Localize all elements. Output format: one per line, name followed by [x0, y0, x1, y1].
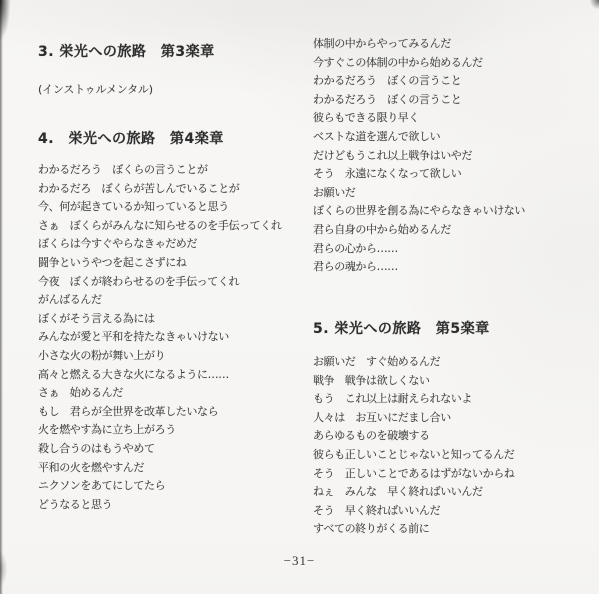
lyric-line: 火を燃やす為に立ち上がろう: [38, 421, 313, 440]
lyric-line: 彼らもできる限り早く: [313, 109, 588, 128]
lyric-line: 戦争 戦争は欲しくない: [313, 372, 588, 391]
lyric-line: 今夜 ぼくが終わらせるのを手伝ってくれ: [38, 273, 313, 292]
lyric-line: さぁ 始めるんだ: [38, 384, 313, 403]
lyric-line: 君らの魂から……: [313, 258, 588, 277]
lyric-line: だけどもうこれ以上戦争はいやだ: [313, 147, 588, 166]
lyric-line: 殺し合うのはもうやめて: [38, 440, 313, 459]
lyric-line: 人々は お互いにだまし合い: [313, 409, 588, 428]
lyric-line: もし 君らが全世界を改革したいなら: [38, 403, 313, 422]
lyric-line: 体制の中からやってみるんだ: [313, 35, 588, 54]
lyric-line: ぼくらは今すぐやらなきゃだめだ: [38, 235, 313, 254]
lyric-line: ベストな道を選んで欲しい: [313, 128, 588, 147]
lyric-line: わかるだろう ぼくの言うこと: [313, 72, 588, 91]
track-5-heading: 5. 栄光への旅路 第5楽章: [313, 318, 490, 338]
track-3-instrumental-note: (インストゥルメンタル): [38, 81, 153, 97]
lyric-line: 小さな火の粉が舞い上がり: [38, 347, 313, 366]
track-3-heading: 3. 栄光への旅路 第3楽章: [38, 41, 215, 61]
lyric-line: ぼくらの世界を創る為にやらなきゃいけない: [313, 202, 588, 221]
lyric-line: がんばるんだ: [38, 291, 313, 310]
booklet-page: 3. 栄光への旅路 第3楽章 (インストゥルメンタル) 4. 栄光への旅路 第4…: [0, 0, 599, 594]
scan-edge-left: [0, 0, 3, 594]
lyric-line: 君ら自身の中から始めるんだ: [313, 221, 588, 240]
track-5-lyrics: お願いだ すぐ始めるんだ戦争 戦争は欲しくないもう これ以上は耐えられないよ人々…: [313, 353, 588, 539]
lyric-line: ぼくがそう言える為には: [38, 310, 313, 329]
track-4-lyrics-right-column: 体制の中からやってみるんだ今すぐこの体制の中から始めるんだわかるだろう ぼくの言…: [313, 35, 588, 277]
scan-corner-top-left: [0, 0, 16, 60]
lyric-line: 今すぐこの体制の中から始めるんだ: [313, 54, 588, 73]
lyric-line: ニクソンをあてにしてたら: [38, 477, 313, 496]
page-number: −31−: [0, 553, 599, 569]
lyric-line: 平和の火を燃やすんだ: [38, 459, 313, 478]
lyric-line: さぁ ぼくらがみんなに知らせるのを手伝ってくれ: [38, 217, 313, 236]
lyric-line: 君らの心から……: [313, 240, 588, 259]
lyric-line: ねぇ みんな 早く終ればいいんだ: [313, 483, 588, 502]
lyric-line: わかるだろう ぼくの言うこと: [313, 91, 588, 110]
lyric-line: どうなると思う: [38, 496, 313, 515]
lyric-line: 闘争というやつを起こさずにね: [38, 254, 313, 273]
lyric-line: わかるだろ ぼくらが苦しんでいることが: [38, 180, 313, 199]
lyric-line: そう 永遠になくなって欲しい: [313, 165, 588, 184]
lyric-line: もう これ以上は耐えられないよ: [313, 390, 588, 409]
lyric-line: お願いだ すぐ始めるんだ: [313, 353, 588, 372]
lyric-line: すべての終りがくる前に: [313, 520, 588, 539]
lyric-line: お願いだ: [313, 184, 588, 203]
lyric-line: 彼らも正しいことじゃないと知ってるんだ: [313, 446, 588, 465]
lyric-line: 今、何が起きているか知っていると思う: [38, 198, 313, 217]
lyric-line: そう 正しいことであるはずがないからね: [313, 465, 588, 484]
track-4-heading: 4. 栄光への旅路 第4楽章: [38, 128, 224, 148]
track-4-lyrics-left-column: わかるだろう ぼくらの言うことがわかるだろ ぼくらが苦しんでいることが今、何が起…: [38, 161, 313, 514]
lyric-line: あらゆるものを破壊する: [313, 427, 588, 446]
scan-corner-top-right: [590, 0, 599, 9]
lyric-line: そう 早く終ればいいんだ: [313, 502, 588, 521]
lyric-line: 高々と燃える大きな火になるように……: [38, 366, 313, 385]
lyric-line: わかるだろう ぼくらの言うことが: [38, 161, 313, 180]
lyric-line: みんなが愛と平和を持たなきゃいけない: [38, 328, 313, 347]
